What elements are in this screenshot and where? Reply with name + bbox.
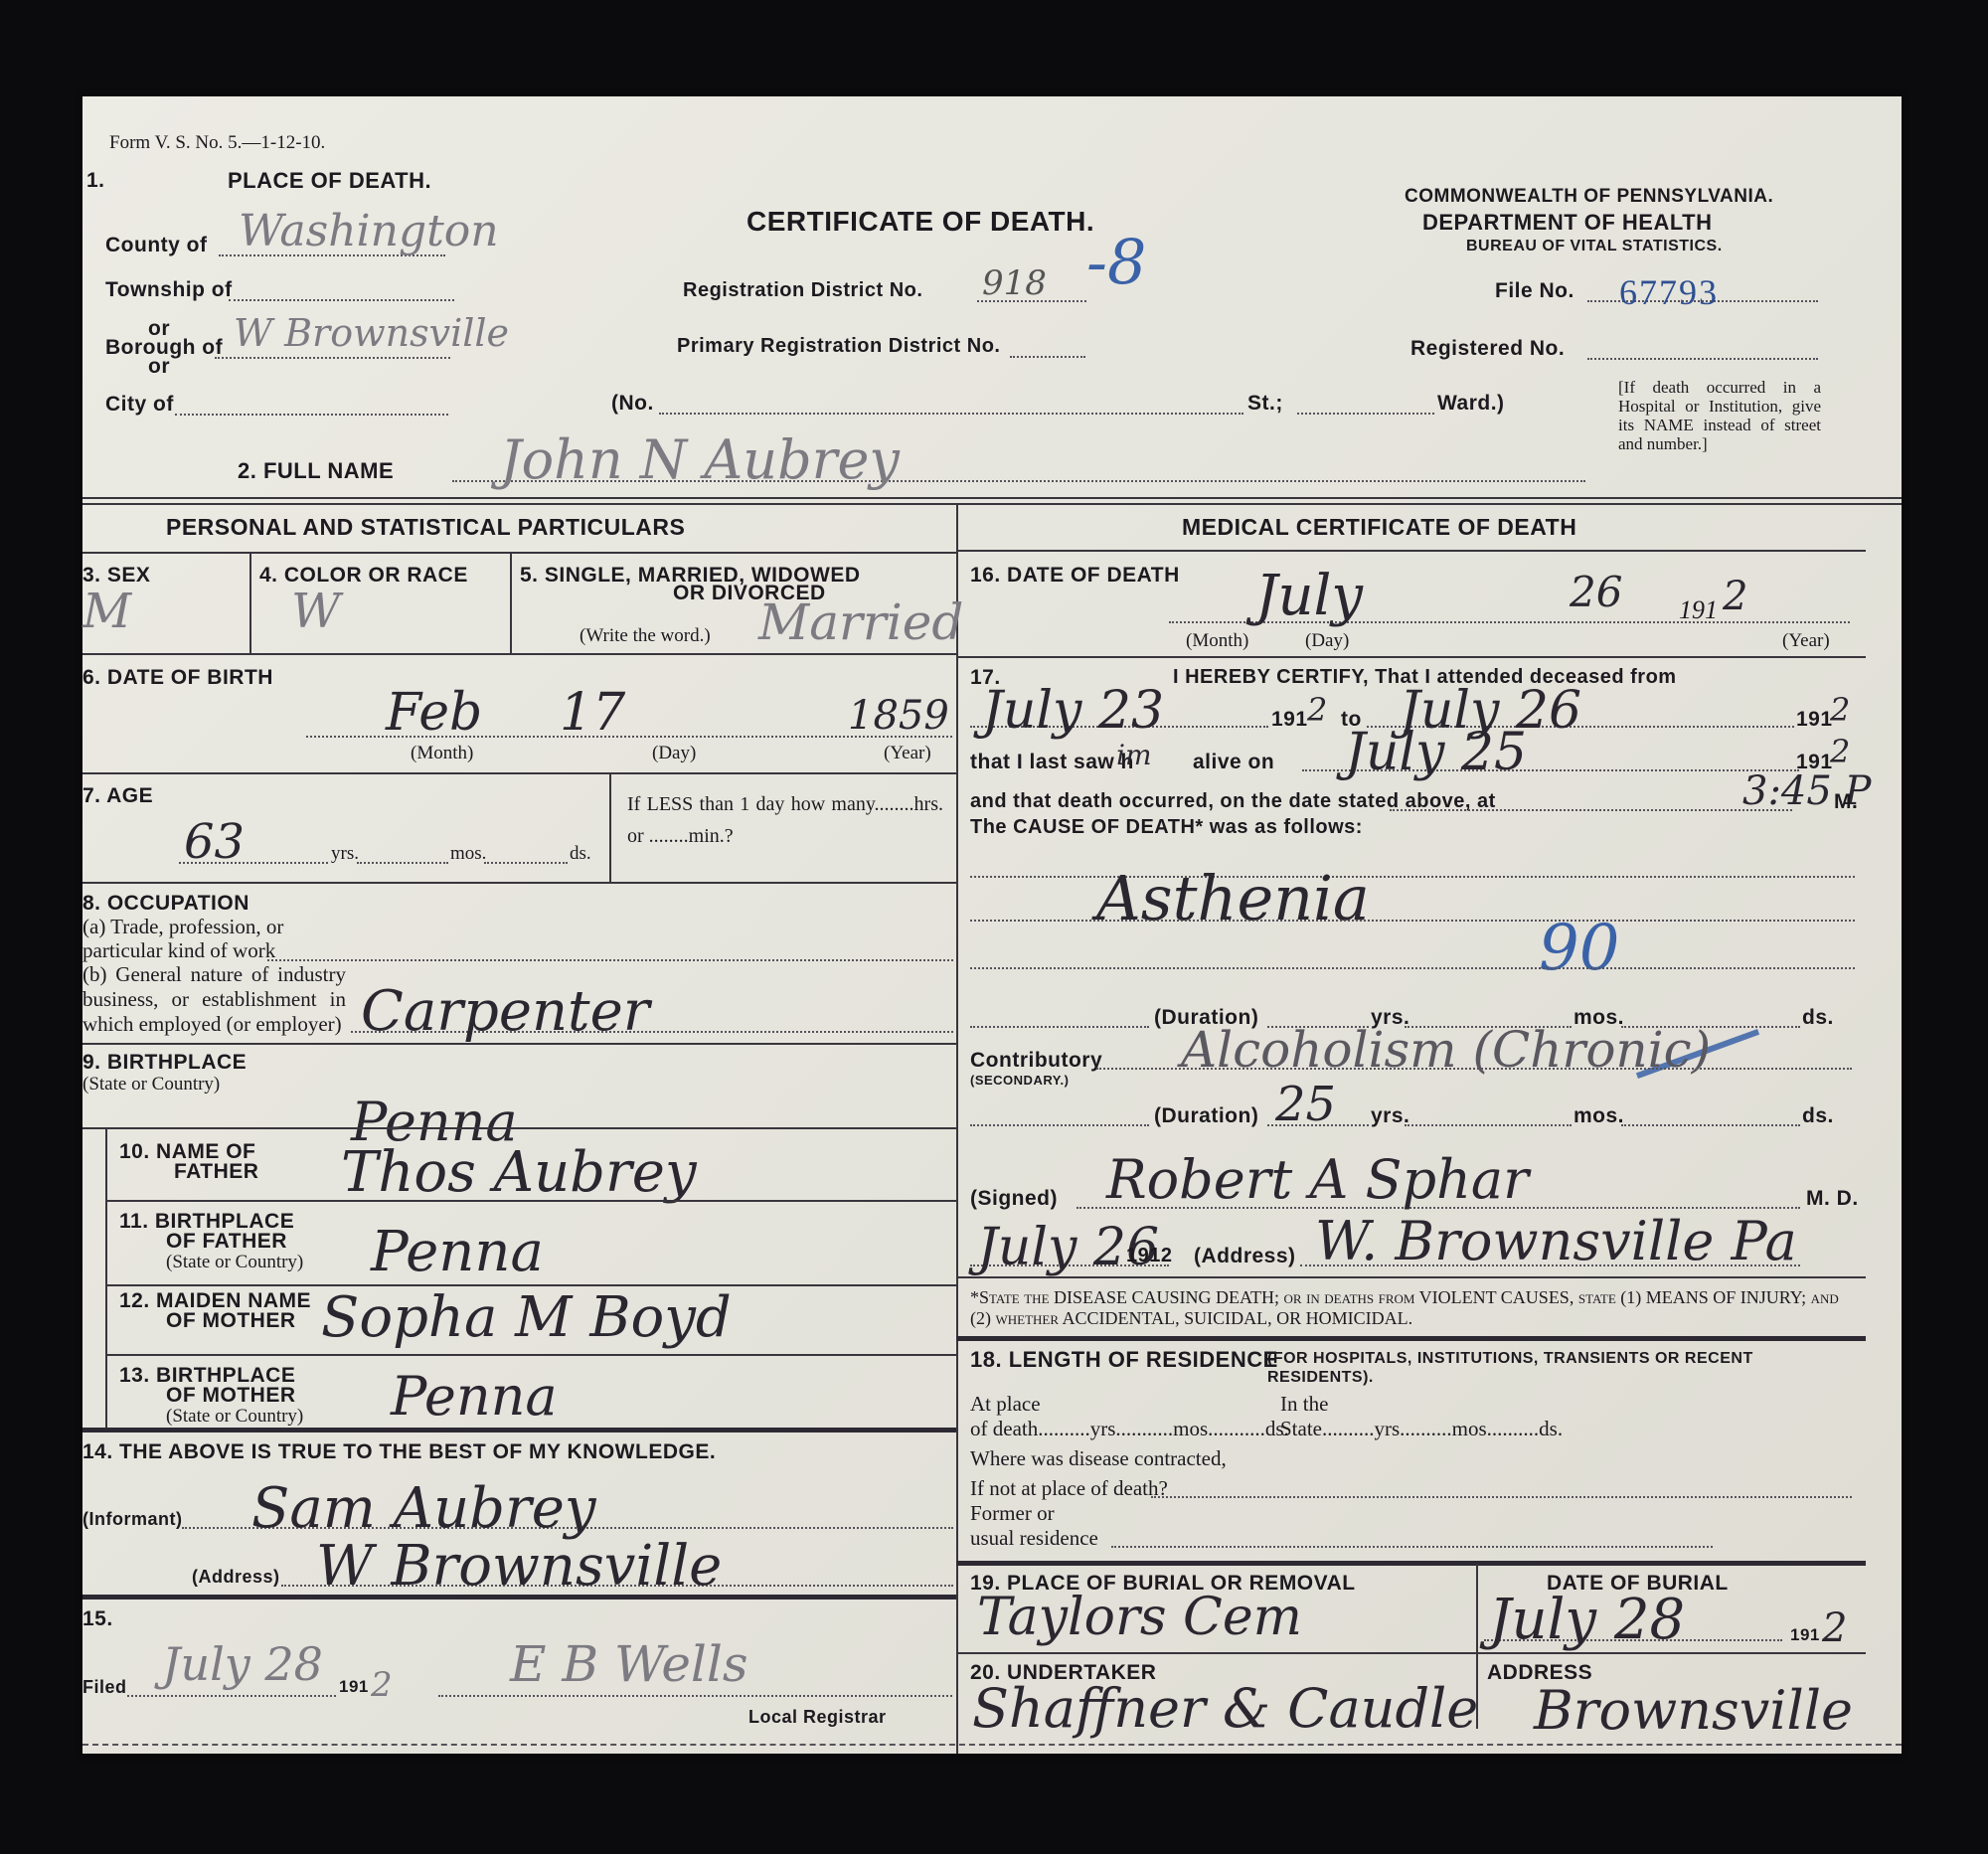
divider xyxy=(956,656,1866,658)
informant-heading: 14. THE ABOVE IS TRUE TO THE BEST OF MY … xyxy=(83,1440,716,1464)
informant-address-value: W Brownsville xyxy=(316,1534,722,1599)
dob-day: 17 xyxy=(560,683,625,743)
filed-year-suffix: 2 xyxy=(371,1665,393,1705)
burial-year-suffix: 2 xyxy=(1822,1605,1847,1651)
cause-footnote: *State the DISEASE CAUSING DEATH; or in … xyxy=(970,1287,1855,1329)
hospital-note: [If death occurred in a Hospital or Inst… xyxy=(1618,378,1821,453)
cause-label: The CAUSE OF DEATH* was as follows: xyxy=(970,816,1363,839)
undertaker-address-value: Brownsville xyxy=(1534,1679,1853,1742)
dod-day-caption: (Day) xyxy=(1305,630,1349,652)
contributory-value: Alcoholism (Chronic) xyxy=(1181,1021,1711,1079)
ds-label: ds. xyxy=(570,843,591,865)
informant-value: Sam Aubrey xyxy=(251,1476,596,1541)
divider xyxy=(83,1043,956,1045)
marital-hint: (Write the word.) xyxy=(580,625,711,647)
county-label: County of xyxy=(105,234,207,257)
divider xyxy=(956,1652,1866,1654)
divider xyxy=(83,1595,956,1600)
in-state-label: In the xyxy=(1280,1392,1328,1417)
dod-day: 26 xyxy=(1570,568,1622,616)
divider xyxy=(249,552,251,653)
full-name-label: 2. FULL NAME xyxy=(238,458,394,484)
borough-field[interactable] xyxy=(215,357,450,359)
duration-label: (Duration) xyxy=(1154,1104,1258,1128)
last-saw-text: that I last saw h xyxy=(970,751,1134,774)
former-residence-label-2: usual residence xyxy=(970,1526,1098,1551)
informant-address-label: (Address) xyxy=(192,1567,280,1588)
cause-value: Asthenia xyxy=(1096,862,1370,934)
age-yrs-field[interactable] xyxy=(179,862,328,864)
at-place-label: At place xyxy=(970,1392,1041,1417)
contributory-label: Contributory xyxy=(970,1049,1102,1073)
ward-field[interactable] xyxy=(1297,413,1434,415)
cause-line-3[interactable] xyxy=(970,967,1855,969)
registration-district-value: 918 xyxy=(982,263,1047,303)
registrar-label: Local Registrar xyxy=(748,1707,887,1728)
sex-value: M xyxy=(83,584,131,639)
in-state-fields[interactable]: State..........yrs..........mos.........… xyxy=(1280,1417,1563,1441)
divider xyxy=(105,1354,956,1356)
md-label: M. D. xyxy=(1806,1187,1859,1211)
divider xyxy=(510,552,512,653)
mother-name-label-2: OF MOTHER xyxy=(166,1309,296,1333)
mos-label: mos. xyxy=(450,843,486,865)
mos-label: mos. xyxy=(1574,1104,1624,1128)
at-place-fields[interactable]: of death..........yrs...........mos.....… xyxy=(970,1417,1289,1441)
township-field[interactable] xyxy=(229,299,454,301)
undertaker-value: Shaffner & Caudle xyxy=(972,1677,1478,1740)
divider xyxy=(956,1336,1866,1341)
agency-line-1: COMMONWEALTH OF PENNSYLVANIA. xyxy=(1405,186,1773,208)
medical-address-label: (Address) xyxy=(1194,1245,1296,1268)
residence-heading-note: (FOR HOSPITALS, INSTITUTIONS, TRANSIENTS… xyxy=(1267,1349,1854,1387)
city-label: City of xyxy=(105,393,174,417)
cause-line-2[interactable] xyxy=(970,920,1855,922)
place-of-death-heading: PLACE OF DEATH. xyxy=(228,168,431,194)
contracted-field[interactable] xyxy=(1151,1496,1852,1498)
occupation-value: Carpenter xyxy=(361,979,649,1044)
birthplace-label: 9. BIRTHPLACE xyxy=(83,1051,247,1075)
marital-value: Married xyxy=(758,593,963,651)
mother-birthplace-value: Penna xyxy=(391,1365,558,1428)
file-no-value: 67793 xyxy=(1619,271,1719,313)
age-label: 7. AGE xyxy=(83,784,153,808)
father-birthplace-value: Penna xyxy=(371,1220,544,1284)
contributory-duration-yrs: 25 xyxy=(1275,1077,1336,1132)
divider xyxy=(609,772,611,882)
last-saw-pronoun: im xyxy=(1116,739,1152,771)
medical-heading: MEDICAL CERTIFICATE OF DEATH xyxy=(1182,514,1576,541)
contributory-ds-field[interactable] xyxy=(1621,1124,1800,1126)
burial-date-value: July 28 xyxy=(1489,1588,1685,1652)
divider xyxy=(105,1200,956,1202)
burial-place-value: Taylors Cem xyxy=(977,1588,1302,1647)
registrar-field[interactable] xyxy=(438,1695,952,1697)
mother-birthplace-label-2: OF MOTHER xyxy=(166,1384,296,1408)
divider xyxy=(956,550,1866,552)
agency-line-2: DEPARTMENT OF HEALTH xyxy=(1422,210,1713,236)
less-than-day-text: If LESS than 1 day how many........hrs. … xyxy=(627,788,943,852)
dob-label: 6. DATE OF BIRTH xyxy=(83,666,273,690)
occupation-label: 8. OCCUPATION xyxy=(83,892,249,916)
day-caption: (Day) xyxy=(652,743,696,764)
year-suffix: 2 xyxy=(1830,691,1850,729)
occupation-b-label: (b) General nature of industry business,… xyxy=(83,962,346,1037)
duration-blank xyxy=(970,1026,1149,1028)
column-divider xyxy=(956,504,958,1754)
city-field[interactable] xyxy=(175,414,448,416)
street-field[interactable] xyxy=(659,413,1243,415)
medical-address-value: W. Brownsville Pa xyxy=(1315,1210,1797,1272)
primary-registration-label: Primary Registration District No. xyxy=(677,335,1000,358)
mother-name-value: Sopha M Boyd xyxy=(321,1285,732,1350)
registration-district-annotation: -8 xyxy=(1086,226,1146,298)
year-suffix: 2 xyxy=(1307,691,1327,729)
county-value: Washington xyxy=(239,206,499,256)
form-id: Form V. S. No. 5.—1-12-10. xyxy=(109,132,325,154)
duration-blank xyxy=(970,1124,1149,1126)
burial-year-prefix: 191 xyxy=(1790,1625,1820,1645)
physician-signature: Robert A Sphar xyxy=(1106,1148,1529,1211)
contracted-label-2: If not at place of death? xyxy=(970,1476,1168,1501)
cause-code: 90 xyxy=(1539,912,1619,985)
yrs-label: yrs. xyxy=(331,843,359,865)
dob-month: Feb xyxy=(386,683,482,743)
dod-year-caption: (Year) xyxy=(1782,630,1830,652)
agency-line-3: BUREAU OF VITAL STATISTICS. xyxy=(1466,238,1723,255)
personal-heading: PERSONAL AND STATISTICAL PARTICULARS xyxy=(166,514,685,541)
time-field[interactable] xyxy=(1390,809,1792,811)
father-birthplace-label-2: OF FATHER xyxy=(166,1230,287,1254)
race-value: W xyxy=(291,584,340,639)
registration-district-label: Registration District No. xyxy=(683,279,922,302)
borough-value: W Brownsville xyxy=(234,311,509,355)
divider xyxy=(83,497,1902,505)
informant-label: (Informant) xyxy=(83,1509,182,1530)
registrar-signature: E B Wells xyxy=(510,1635,748,1693)
residence-heading: 18. LENGTH OF RESIDENCE xyxy=(970,1347,1278,1373)
filed-year-prefix: 191 xyxy=(339,1677,369,1697)
file-no-label: File No. xyxy=(1495,279,1574,303)
occupation-a-label: (a) Trade, profession, or particular kin… xyxy=(83,915,343,962)
street-no-label: (No. xyxy=(611,392,654,416)
attended-from: July 23 xyxy=(982,681,1164,741)
primary-registration-field[interactable] xyxy=(1010,356,1085,358)
age-mos-field[interactable] xyxy=(357,862,448,864)
time-suffix: M. xyxy=(1834,790,1858,814)
township-label: Township of xyxy=(105,278,233,302)
year-caption: (Year) xyxy=(884,743,931,764)
divider xyxy=(83,1127,956,1129)
filed-date: July 28 xyxy=(162,1637,323,1691)
section-number: 1. xyxy=(86,169,105,193)
divider xyxy=(83,882,956,884)
month-caption: (Month) xyxy=(411,743,473,764)
age-ds-field[interactable] xyxy=(484,862,568,864)
ward-label: Ward.) xyxy=(1437,392,1505,416)
filed-label: Filed xyxy=(83,1677,127,1698)
dod-year-suffix: 2 xyxy=(1723,574,1747,619)
or-text: or xyxy=(148,355,170,379)
certificate-title: CERTIFICATE OF DEATH. xyxy=(746,206,1094,238)
signed-label: (Signed) xyxy=(970,1187,1058,1211)
divider xyxy=(83,653,956,655)
filed-date-field[interactable] xyxy=(127,1695,336,1697)
death-certificate: Form V. S. No. 5.—1-12-10. 1. PLACE OF D… xyxy=(83,96,1902,1754)
divider xyxy=(956,1276,1866,1278)
ds-label: ds. xyxy=(1802,1104,1834,1128)
divider xyxy=(105,1127,107,1428)
father-name-value: Thos Aubrey xyxy=(341,1140,697,1205)
divider xyxy=(83,772,956,774)
filing-number: 15. xyxy=(83,1607,113,1631)
dod-year-prefix: 191 xyxy=(1679,595,1718,625)
dod-month-caption: (Month) xyxy=(1186,630,1248,652)
birthplace-hint: (State or Country) xyxy=(83,1074,220,1096)
mother-birthplace-hint: (State or Country) xyxy=(166,1406,303,1428)
divider xyxy=(956,1561,1866,1566)
street-label: St.; xyxy=(1247,392,1283,416)
dob-year: 1859 xyxy=(848,693,949,739)
dod-label: 16. DATE OF DEATH xyxy=(970,564,1180,588)
year-prefix: 191 xyxy=(1796,708,1833,732)
contributory-mos-field[interactable] xyxy=(1405,1124,1572,1126)
last-saw-date: July 25 xyxy=(1345,723,1527,782)
former-residence-field[interactable] xyxy=(1111,1546,1713,1548)
dod-month: July xyxy=(1255,564,1363,628)
former-residence-label: Former or xyxy=(970,1501,1055,1526)
father-birthplace-hint: (State or Country) xyxy=(166,1252,303,1273)
divider xyxy=(83,1428,956,1433)
registered-no-label: Registered No. xyxy=(1410,337,1565,361)
last-saw-text-2: alive on xyxy=(1193,751,1274,774)
year-prefix: 191 xyxy=(1271,708,1308,732)
contributory-sub: (SECONDARY.) xyxy=(970,1073,1069,1088)
ds-label: ds. xyxy=(1802,1006,1834,1030)
registered-no-field[interactable] xyxy=(1587,358,1818,360)
occupation-a-field[interactable] xyxy=(267,959,953,961)
divider xyxy=(83,1744,1902,1746)
contracted-label: Where was disease contracted, xyxy=(970,1446,1227,1471)
father-name-label-2: FATHER xyxy=(174,1160,258,1184)
full-name-value: John N Aubrey xyxy=(500,428,900,491)
signed-year: 1912 xyxy=(1126,1245,1173,1267)
divider xyxy=(83,552,956,554)
year-suffix: 2 xyxy=(1830,733,1850,770)
